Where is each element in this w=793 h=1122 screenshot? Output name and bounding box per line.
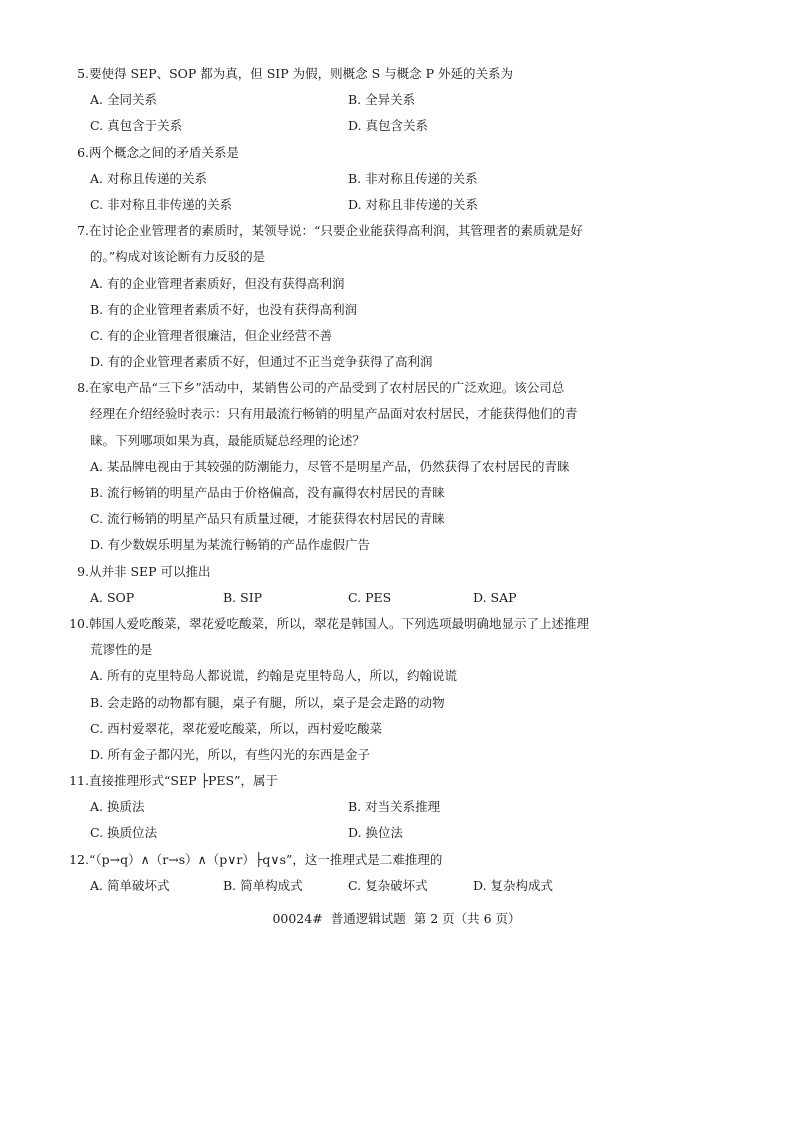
question-text-continued: 经理在介绍经验时表示：只有用最流行畅销的明星产品面对农村居民，才能获得他们的青 <box>90 403 578 425</box>
option-d: D. SAP <box>473 587 517 609</box>
question-text: 在家电产品“三下乡”活动中，某销售公司的产品受到了农村居民的广泛欢迎。该公司总 <box>89 377 564 399</box>
option-a: A. 简单破坏式 <box>90 875 169 897</box>
question-number: 12. <box>69 849 89 871</box>
option-b: B. 全异关系 <box>348 89 415 111</box>
option-c: C. 复杂破坏式 <box>348 875 428 897</box>
question-number: 11. <box>69 770 89 792</box>
question-number: 10. <box>69 613 89 635</box>
option-a: A. 换质法 <box>90 796 144 818</box>
option-a: A. SOP <box>90 587 134 609</box>
option-d: D. 有少数娱乐明星为某流行畅销的产品作虚假广告 <box>90 534 370 556</box>
option-a: A. 对称且传递的关系 <box>90 168 207 190</box>
option-d: D. 换位法 <box>348 822 403 844</box>
option-a: A. 所有的克里特岛人都说谎，约翰是克里特岛人，所以，约翰说谎 <box>90 665 457 687</box>
question-text: 两个概念之间的矛盾关系是 <box>89 142 239 164</box>
question-text: 在讨论企业管理者的素质时，某领导说：“只要企业能获得高利润，其管理者的素质就是好 <box>89 220 583 242</box>
option-c: C. 流行畅销的明星产品只有质量过硬，才能获得农村居民的青睐 <box>90 508 445 530</box>
question-8: 8. 在家电产品“三下乡”活动中，某销售公司的产品受到了农村居民的广泛欢迎。该公… <box>0 377 793 560</box>
option-b: B. SIP <box>223 587 262 609</box>
question-text-continued: 睐。下列哪项如果为真，最能质疑总经理的论述？ <box>90 430 365 452</box>
question-5: 5. 要使得 SEP、SOP 都为真，但 SIP 为假，则概念 S 与概念 P … <box>0 63 793 142</box>
question-text-continued: 荒谬性的是 <box>90 639 153 661</box>
option-c: C. 非对称且非传递的关系 <box>90 194 232 216</box>
option-c: C. 真包含于关系 <box>90 115 182 137</box>
option-c: C. 换质位法 <box>90 822 157 844</box>
exam-page: 5. 要使得 SEP、SOP 都为真，但 SIP 为假，则概念 S 与概念 P … <box>0 63 793 901</box>
option-c: C. 有的企业管理者很廉洁，但企业经营不善 <box>90 325 332 347</box>
option-c: C. PES <box>348 587 391 609</box>
option-a: A. 有的企业管理者素质好，但没有获得高利润 <box>90 273 344 295</box>
option-b: B. 流行畅销的明星产品由于价格偏高，没有赢得农村居民的青睐 <box>90 482 445 504</box>
option-b: B. 非对称且传递的关系 <box>348 168 478 190</box>
question-text: 从并非 SEP 可以推出 <box>89 561 211 583</box>
question-number: 6. <box>77 142 89 164</box>
option-d: D. 真包含关系 <box>348 115 428 137</box>
question-text: “（p→q）∧（r→s）∧（p∨r）├q∨s”，这一推理式是二难推理的 <box>89 849 442 871</box>
question-number: 5. <box>77 63 89 85</box>
question-number: 7. <box>77 220 89 242</box>
question-10: 10. 韩国人爱吃酸菜，翠花爱吃酸菜，所以，翠花是韩国人。下列选项最明确地显示了… <box>0 613 793 770</box>
option-b: B. 有的企业管理者素质不好，也没有获得高利润 <box>90 299 357 321</box>
question-text: 要使得 SEP、SOP 都为真，但 SIP 为假，则概念 S 与概念 P 外延的… <box>89 63 513 85</box>
question-text: 韩国人爱吃酸菜，翠花爱吃酸菜，所以，翠花是韩国人。下列选项最明确地显示了上述推理 <box>89 613 589 635</box>
exam-code: 00024# <box>272 911 322 926</box>
option-d: D. 有的企业管理者素质不好，但通过不正当竞争获得了高利润 <box>90 351 433 373</box>
option-a: A. 全同关系 <box>90 89 157 111</box>
exam-subject: 普通逻辑试题 <box>331 911 406 926</box>
question-number: 8. <box>77 377 89 399</box>
question-text-continued: 的。”构成对该论断有力反驳的是 <box>90 246 265 268</box>
question-number: 9. <box>77 561 89 583</box>
question-11: 11. 直接推理形式“SEP ├PES”，属于 A. 换质法 B. 对当关系推理… <box>0 770 793 849</box>
page-footer: 00024#普通逻辑试题第 2 页（共 6 页） <box>0 908 793 930</box>
option-b: B. 对当关系推理 <box>348 796 440 818</box>
option-b: B. 简单构成式 <box>223 875 303 897</box>
question-7: 7. 在讨论企业管理者的素质时，某领导说：“只要企业能获得高利润，其管理者的素质… <box>0 220 793 377</box>
question-12: 12. “（p→q）∧（r→s）∧（p∨r）├q∨s”，这一推理式是二难推理的 … <box>0 849 793 901</box>
question-9: 9. 从并非 SEP 可以推出 A. SOP B. SIP C. PES D. … <box>0 561 793 613</box>
option-a: A. 某品牌电视由于其较强的防潮能力，尽管不是明星产品，仍然获得了农村居民的青睐 <box>90 456 569 478</box>
option-b: B. 会走路的动物都有腿，桌子有腿，所以，桌子是会走路的动物 <box>90 692 445 714</box>
option-d: D. 对称且非传递的关系 <box>348 194 478 216</box>
option-d: D. 复杂构成式 <box>473 875 553 897</box>
question-text: 直接推理形式“SEP ├PES”，属于 <box>89 770 278 792</box>
page-number: 第 2 页（共 6 页） <box>414 911 521 926</box>
question-6: 6. 两个概念之间的矛盾关系是 A. 对称且传递的关系 B. 非对称且传递的关系… <box>0 142 793 221</box>
option-d: D. 所有金子都闪光，所以，有些闪光的东西是金子 <box>90 744 370 766</box>
option-c: C. 西村爱翠花，翠花爱吃酸菜，所以，西村爱吃酸菜 <box>90 718 382 740</box>
